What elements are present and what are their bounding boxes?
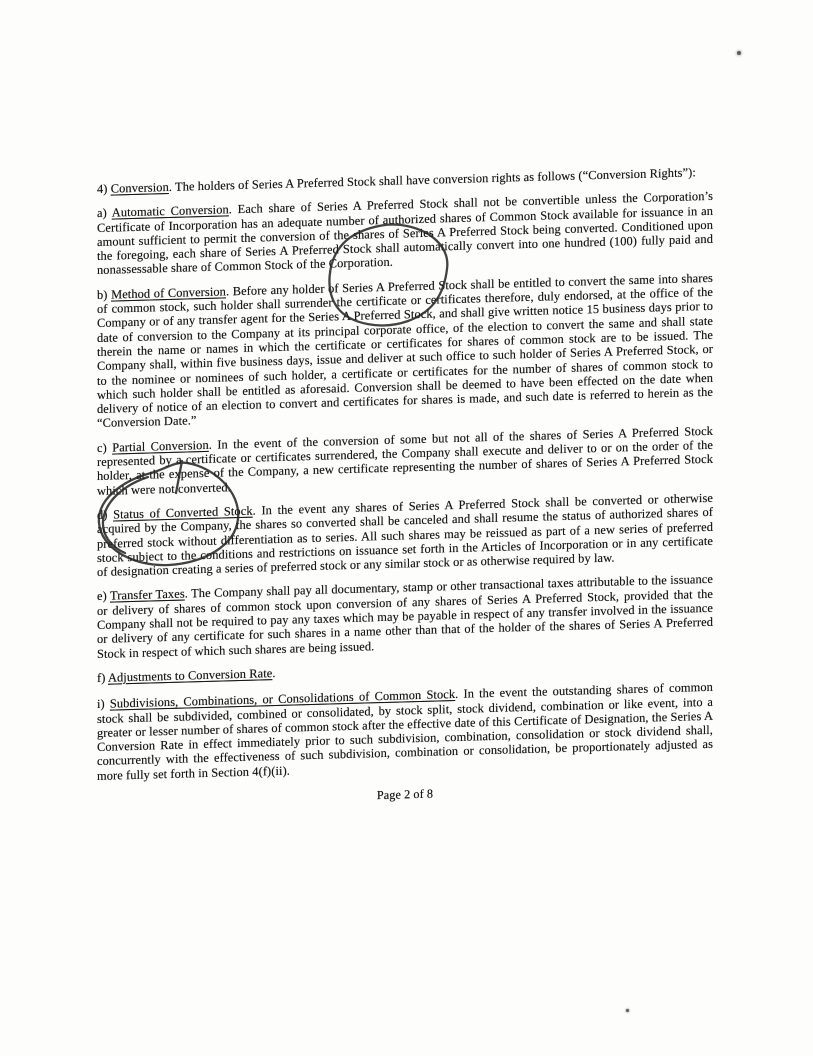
clause-c-partial-conversion: c) Partial Conversion. In the event of t…: [97, 424, 713, 498]
clause-d-status-of-converted-stock: d) Status of Converted Stock. In the eve…: [97, 491, 713, 580]
scanned-document-page: 4) Conversion. The holders of Series A P…: [0, 0, 813, 1056]
clause-text: In the event any shares of Series A Pref…: [97, 491, 713, 579]
document-text-block: 4) Conversion. The holders of Series A P…: [97, 165, 713, 810]
clause-label: b): [97, 287, 111, 301]
clause-heading: Conversion: [111, 180, 169, 196]
clause-label: f): [97, 671, 108, 685]
clause-sep: .: [229, 202, 238, 216]
clause-label: 4): [97, 182, 111, 196]
clause-text: Each share of Series A Preferred Stock s…: [97, 189, 713, 277]
clause-sep: .: [226, 284, 233, 298]
clause-text: The Company shall pay all documentary, s…: [97, 572, 713, 660]
clause-text: In the event of the conversion of some b…: [97, 424, 713, 498]
clause-label: a): [97, 206, 112, 220]
clause-f-adjustments-to-conversion-rate: f) Adjustments to Conversion Rate.: [97, 654, 713, 686]
clause-a-automatic-conversion: a) Automatic Conversion. Each share of S…: [97, 189, 713, 278]
clause-label: c): [97, 440, 112, 454]
clause-i-subdivisions-combinations: i) Subdivisions, Combinations, or Consol…: [97, 680, 713, 783]
clause-label: i): [97, 697, 110, 711]
clause-e-transfer-taxes: e) Transfer Taxes. The Company shall pay…: [97, 572, 713, 661]
scan-speck: [626, 1009, 629, 1012]
scan-speck: [737, 51, 741, 55]
clause-label: e): [97, 589, 110, 603]
clause-label: d): [97, 507, 113, 521]
clause-sep: .: [272, 666, 275, 680]
clause-text: The holders of Series A Preferred Stock …: [175, 165, 696, 194]
page-number: Page 2 of 8: [97, 779, 713, 811]
clause-b-method-of-conversion: b) Method of Conversion. Before any hold…: [97, 271, 713, 431]
clause-heading: Adjustments to Conversion Rate: [108, 666, 272, 685]
